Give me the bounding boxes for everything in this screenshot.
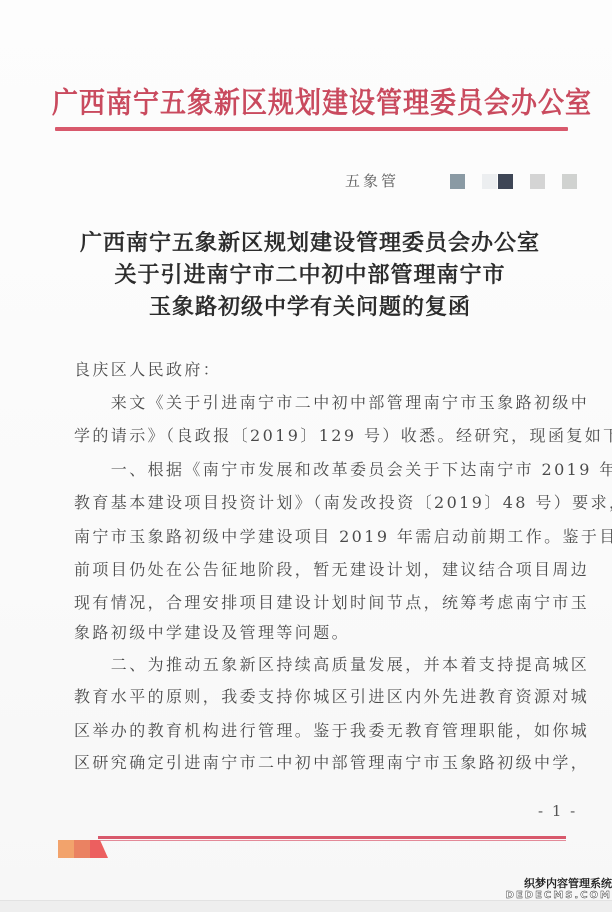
document-number: 五象管 — [345, 170, 399, 191]
footer-corner-decoration — [58, 840, 108, 858]
body-line: 来文《关于引进南宁市二中初中部管理南宁市玉象路初级中 — [74, 393, 589, 413]
body-line: 南宁市玉象路初级中学建设项目 2019 年需启动前期工作。鉴于目 — [74, 527, 612, 547]
page-number: - 1 - — [538, 802, 577, 820]
body-line: 区举办的教育机构进行管理。鉴于我委无教育管理职能，如你城 — [74, 721, 589, 741]
footer-red-rule — [98, 836, 566, 839]
body-line: 教育水平的原则，我委支持你城区引进区内外先进教育资源对城 — [74, 687, 589, 707]
watermark-cn: 织梦内容管理系统 — [492, 878, 612, 890]
salutation: 良庆区人民政府： — [74, 360, 221, 380]
body-line: 前项目仍处在公告征地阶段，暂无建设计划，建议结合项目周边 — [74, 560, 589, 580]
letterhead-title: 广西南宁五象新区规划建设管理委员会办公室 — [52, 80, 572, 121]
body-line: 现有情况，合理安排项目建设计划时间节点，统筹考虑南宁市玉 — [74, 593, 589, 613]
body-line: 教育基本建设项目投资计划》（南发改投资〔2019〕48 号）要求， — [74, 493, 612, 513]
document-title-line-1: 广西南宁五象新区规划建设管理委员会办公室 — [60, 226, 560, 257]
document-title-line-3: 玉象路初级中学有关问题的复函 — [60, 290, 560, 321]
redaction-block — [482, 174, 497, 189]
footer-red-rule-thin — [98, 840, 566, 841]
redaction-block — [530, 174, 545, 189]
redaction-block — [562, 174, 577, 189]
body-line: 学的请示》（良政报〔2019〕129 号）收悉。经研究，现函复如下： — [74, 426, 612, 446]
document-title-line-2: 关于引进南宁市二中初中部管理南宁市 — [60, 258, 560, 289]
body-line: 区研究确定引进南宁市二中初中部管理南宁市玉象路初级中学， — [74, 753, 589, 773]
redaction-block — [450, 174, 465, 189]
body-line: 一、根据《南宁市发展和改革委员会关于下达南宁市 2019 年 — [74, 460, 612, 480]
body-line: 象路初级中学建设及管理等问题。 — [74, 623, 350, 643]
redaction-block — [498, 174, 513, 189]
watermark: 织梦内容管理系统 DEDECMS.COM — [492, 878, 612, 902]
bottom-strip — [0, 900, 612, 912]
document-page: 广西南宁五象新区规划建设管理委员会办公室 五象管 广西南宁五象新区规划建设管理委… — [0, 0, 612, 900]
letterhead-red-rule — [55, 127, 568, 131]
body-line: 二、为推动五象新区持续高质量发展，并本着支持提高城区 — [74, 655, 589, 675]
